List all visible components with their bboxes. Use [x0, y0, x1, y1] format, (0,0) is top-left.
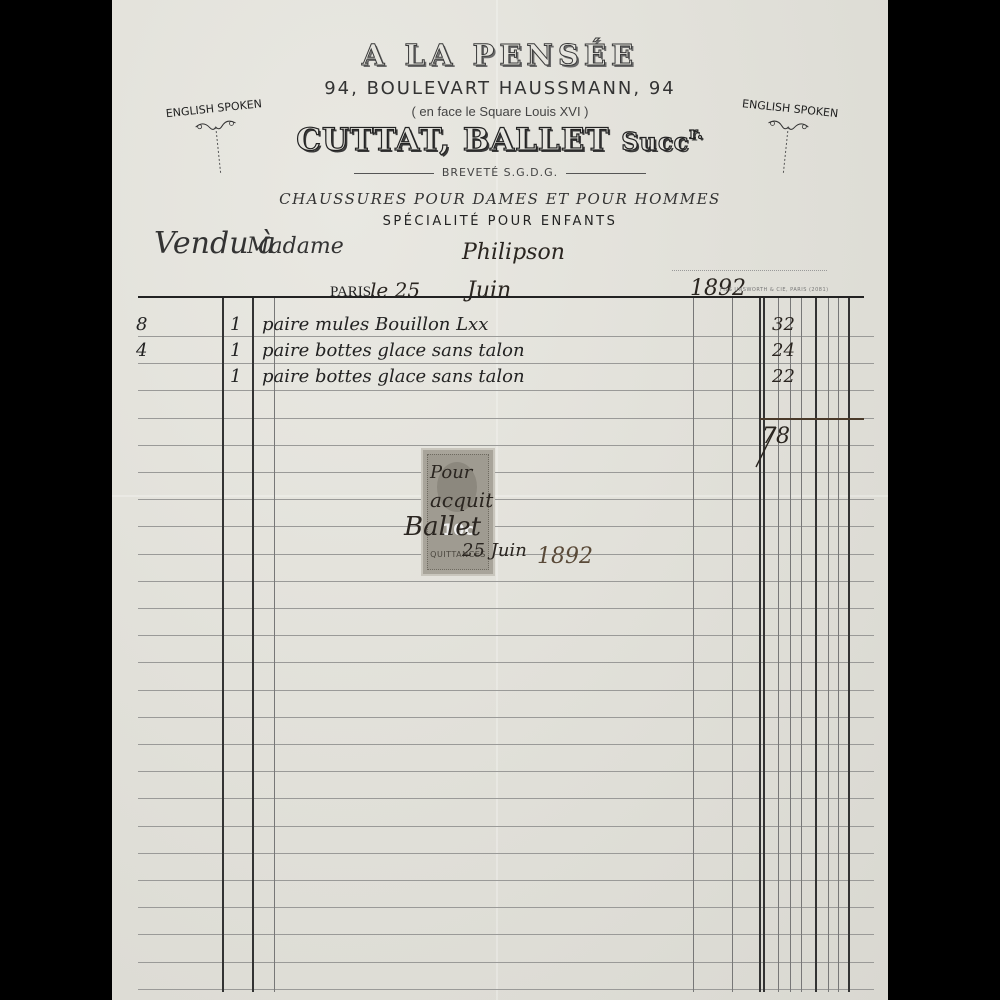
client-name: Philipson [462, 240, 565, 265]
printer-mark: FILS UNSWORTH & CIE, PARIS (2081) [720, 287, 829, 293]
ledger-column-line [815, 298, 817, 992]
tagline: CHAUSSURES POUR DAMES ET POUR HOMMES [112, 190, 888, 208]
patent-text: BREVETÉ S.G.D.G. [442, 166, 558, 179]
firm-suffix: Succ [621, 127, 689, 156]
ledger-column-line [732, 298, 733, 992]
item-quantity: 1 [230, 340, 241, 361]
dotted-line [672, 270, 827, 271]
ledger-column-line [778, 298, 779, 992]
total-rule [760, 418, 864, 420]
receipt-line1: Pour [430, 462, 472, 483]
swash-divider [566, 173, 646, 174]
item-quantity: 1 [230, 314, 241, 335]
item-description: paire bottes glace sans talon [262, 340, 525, 361]
item-amount: 32 [772, 314, 795, 335]
sold-to-title: Madame [247, 234, 344, 259]
ledger-column-line [222, 298, 224, 992]
city-label: PARIS, [330, 284, 375, 301]
firm-suffix-sup: r. [689, 124, 704, 143]
item-description: paire mules Bouillon Lxx [262, 314, 488, 335]
ledger-column-line [693, 298, 694, 992]
paper-fold [112, 495, 888, 497]
ledger-top-rule [138, 296, 864, 298]
ledger-column-line [759, 298, 761, 992]
ledger-column-line [252, 298, 254, 992]
firm-name: CUTTAT, BALLET Succr. [112, 122, 888, 158]
receipt-line2: acquit [430, 488, 493, 512]
strike-mark-icon [752, 425, 782, 470]
receipt-signature: Ballet [404, 512, 481, 542]
item-amount: 24 [772, 340, 795, 361]
ledger-column-line [828, 298, 829, 992]
shop-address: 94, BOULEVART HAUSSMANN, 94 [112, 78, 888, 99]
ledger-column-line [790, 298, 791, 992]
patent-line: BREVETÉ S.G.D.G. [112, 166, 888, 179]
ledger-column-line [848, 298, 850, 992]
item-description: paire bottes glace sans talon [262, 366, 525, 387]
item-amount: 22 [772, 366, 795, 387]
ledger-column-line [763, 298, 765, 992]
ledger-column-line [274, 298, 275, 992]
item-quantity: 1 [230, 366, 241, 387]
item-ref: 4 [136, 340, 147, 361]
shop-name: A LA PENSÉE [112, 38, 888, 72]
location-note: ( en face le Square Louis XVI ) [112, 104, 888, 119]
receipt-date: 25 Juin [462, 540, 527, 561]
ledger-column-line [838, 298, 839, 992]
firm-name-text: CUTTAT, BALLET [296, 122, 609, 158]
receipt-year: 1892 [537, 544, 593, 569]
date-month: Juin [467, 278, 511, 303]
ledger-column-line [801, 298, 802, 992]
item-ref: 8 [136, 314, 147, 335]
invoice-paper: ENGLISH SPOKEN ENGLISH SPOKEN A LA PENSÉ… [112, 0, 888, 1000]
date-day: le 25 [370, 278, 420, 302]
swash-divider [354, 173, 434, 174]
